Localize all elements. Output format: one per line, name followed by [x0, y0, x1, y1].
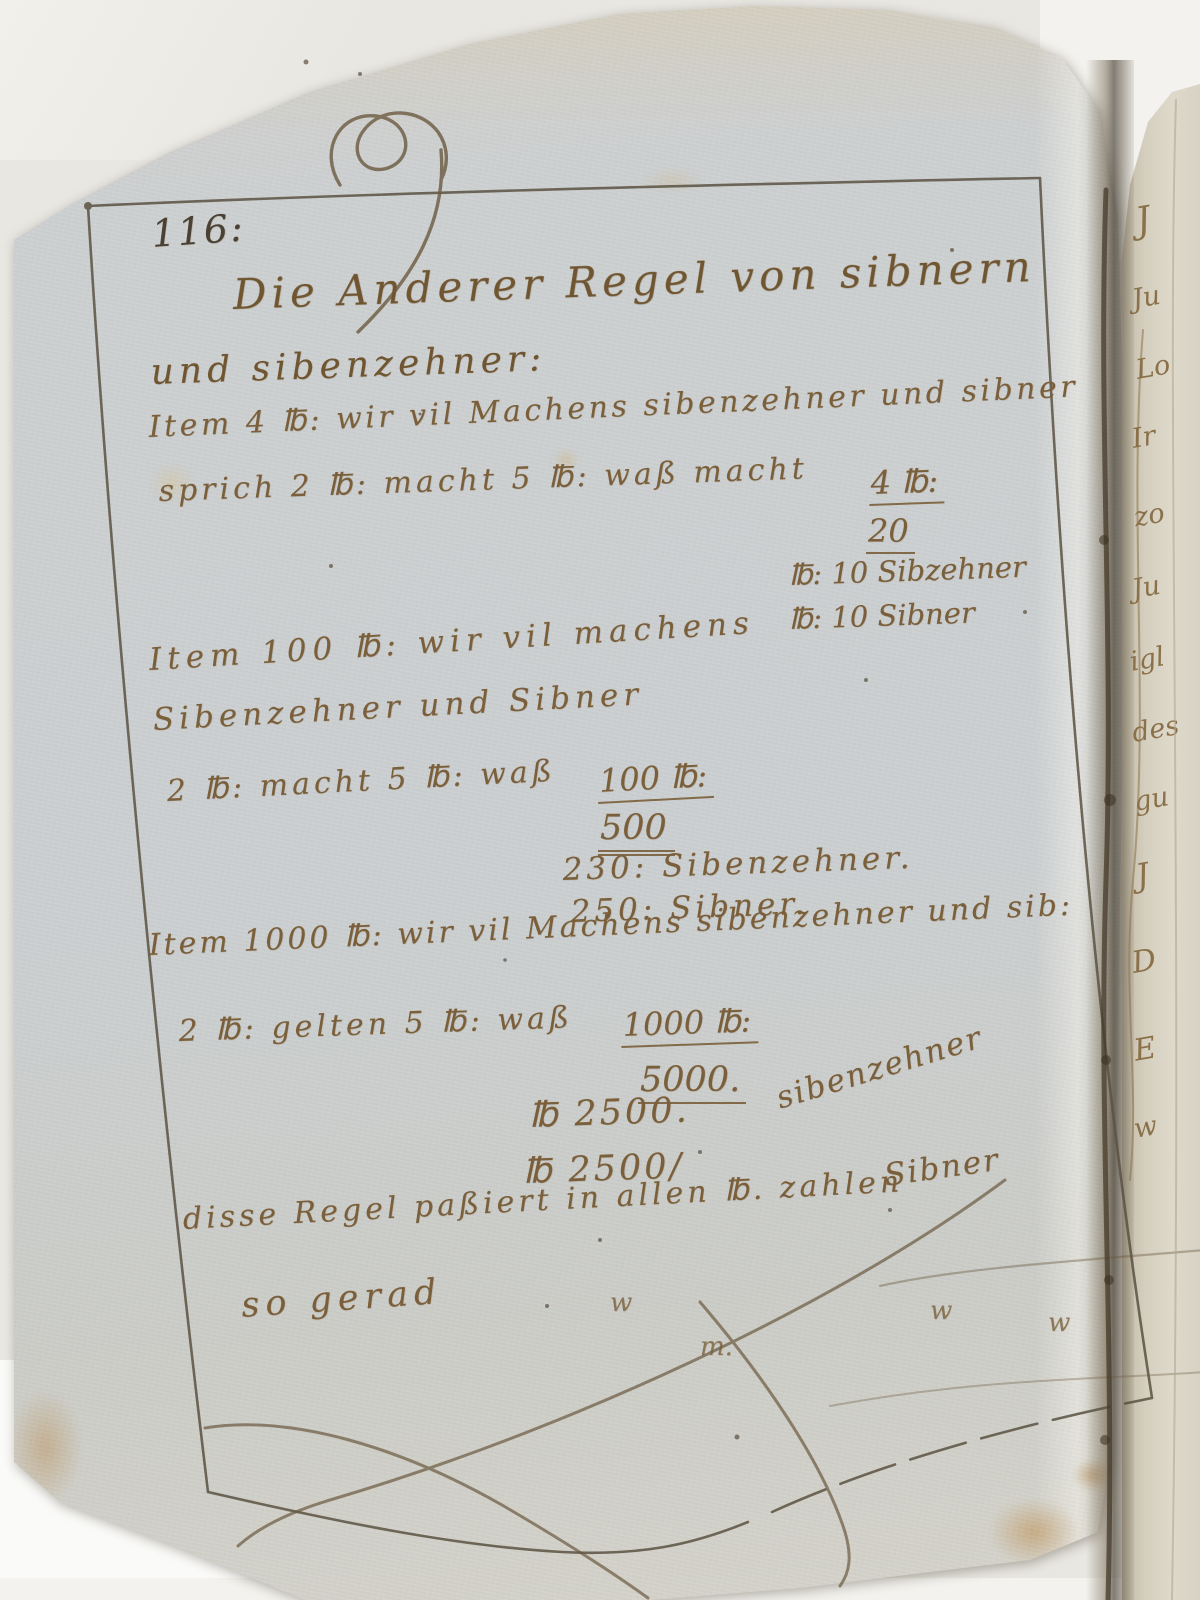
- problem1-result-2: ℔: 10 Sibner: [788, 596, 975, 636]
- page-number: 116:: [150, 205, 246, 255]
- problem3-operand: 1000 ℔:: [620, 1001, 758, 1048]
- problem2-operand: 100 ℔:: [596, 756, 714, 804]
- pen-mark: w: [930, 1296, 952, 1326]
- pen-mark: w: [1048, 1308, 1070, 1338]
- pen-mark: w: [610, 1288, 632, 1318]
- pen-mark: m.: [700, 1332, 733, 1362]
- bottom-flourish: [205, 1180, 1200, 1598]
- manuscript-photo: J Ju Lo Ir zo Ju igl des gu J D E w: [0, 0, 1200, 1600]
- problem1-product: 20: [866, 512, 915, 554]
- problem3-result-1-amount: ℔ 2500.: [528, 1090, 690, 1136]
- gutter-seam: [1099, 190, 1116, 1600]
- problem1-operand: 4 ℔:: [868, 461, 945, 506]
